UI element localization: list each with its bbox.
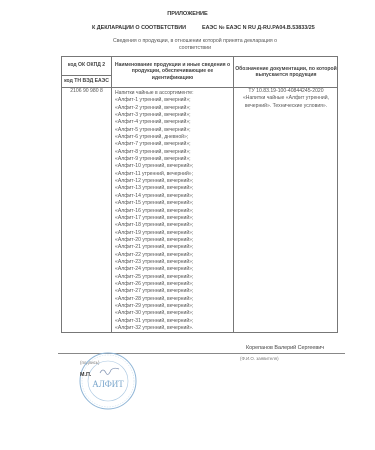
product-item: «Алфит-5 утренний, вечерний»; bbox=[115, 127, 194, 134]
product-item: «Алфит-30 утренний, вечерний»; bbox=[115, 310, 194, 317]
seal-label: М.П. bbox=[80, 372, 91, 378]
product-item: «Алфит-25 утренний, вечерний»; bbox=[115, 274, 194, 281]
product-item: «Алфит-4 утренний, вечерний»; bbox=[115, 119, 194, 126]
header-okpd2: код ОК ОКПД 2 bbox=[62, 62, 111, 68]
documentation-title-1: «Напитки чайные «Алфит утренний, bbox=[234, 95, 338, 102]
product-item: «Алфит-8 утренний, вечерний»; bbox=[115, 149, 194, 156]
documentation-title-2: вечерний». Технические условия». bbox=[234, 103, 338, 110]
svg-text:АЛФИТ: АЛФИТ bbox=[92, 379, 124, 389]
product-item: «Алфит-16 утренний, вечерний»; bbox=[115, 208, 194, 215]
product-item: «Алфит-7 утренний, вечерний»; bbox=[115, 141, 194, 148]
product-item: «Алфит-1 утренний, вечерний»; bbox=[115, 97, 194, 104]
seal-stamp-icon: АЛФИТ bbox=[78, 351, 138, 411]
product-item: «Алфит-18 утренний, вечерний»; bbox=[115, 222, 194, 229]
header-split-line bbox=[62, 75, 111, 76]
product-item: «Алфит-28 утренний, вечерний»; bbox=[115, 296, 194, 303]
product-item: «Алфит-21 утренний, вечерний»; bbox=[115, 244, 194, 251]
document-title: ПРИЛОЖЕНИЕ bbox=[0, 11, 375, 17]
header-documentation: Обозначение документации, по которой вып… bbox=[234, 66, 338, 79]
product-item: «Алфит-27 утренний, вечерний»; bbox=[115, 288, 194, 295]
declaration-label: К ДЕКЛАРАЦИИ О СООТВЕТСТВИИ bbox=[92, 25, 186, 31]
product-item: «Алфит-2 утренний, вечерний»; bbox=[115, 105, 194, 112]
fio-caption: (Ф.И.О. заявителя) bbox=[240, 356, 279, 361]
product-item: «Алфит-22 утренний, вечерний»; bbox=[115, 252, 194, 259]
product-item: «Алфит-10 утренний, вечерний»; bbox=[115, 163, 194, 170]
product-item: «Алфит-19 утренний, вечерний»; bbox=[115, 230, 194, 237]
declaration-number: ЕАЭС № ЕАЭС N RU Д-RU.PA04.B.53833/25 bbox=[202, 25, 315, 31]
document-subtitle: Сведения о продукции, в отношении которо… bbox=[100, 38, 290, 51]
documentation-text: ТУ 10.83.19-100-40844245-2020 «Напитки ч… bbox=[234, 88, 338, 110]
product-items: «Алфит-1 утренний, вечерний»;«Алфит-2 ут… bbox=[115, 97, 194, 332]
product-table: код ОК ОКПД 2 код ТН ВЭД ЕАЭС Наименован… bbox=[61, 56, 338, 333]
product-list: Напитки чайные в ассортименте: «Алфит-1 … bbox=[115, 90, 194, 332]
product-item: «Алфит-15 утренний, вечерний»; bbox=[115, 200, 194, 207]
product-item: «Алфит-31 утренний, вечерний»; bbox=[115, 318, 194, 325]
product-item: «Алфит-13 утренний, вечерний»; bbox=[115, 185, 194, 192]
header-product-name: Наименование продукции и иные сведения о… bbox=[112, 62, 233, 81]
applicant-name: Корепанов Валерий Сергеевич bbox=[246, 345, 324, 351]
product-item: «Алфит-32 утренний, вечерний». bbox=[115, 325, 194, 332]
column-divider bbox=[111, 57, 112, 332]
header-tn-ved: код ТН ВЭД ЕАЭС bbox=[62, 78, 111, 84]
product-code: 2106 90 980 8 bbox=[62, 88, 111, 95]
product-item: «Алфит-24 утренний, вечерний»; bbox=[115, 266, 194, 273]
